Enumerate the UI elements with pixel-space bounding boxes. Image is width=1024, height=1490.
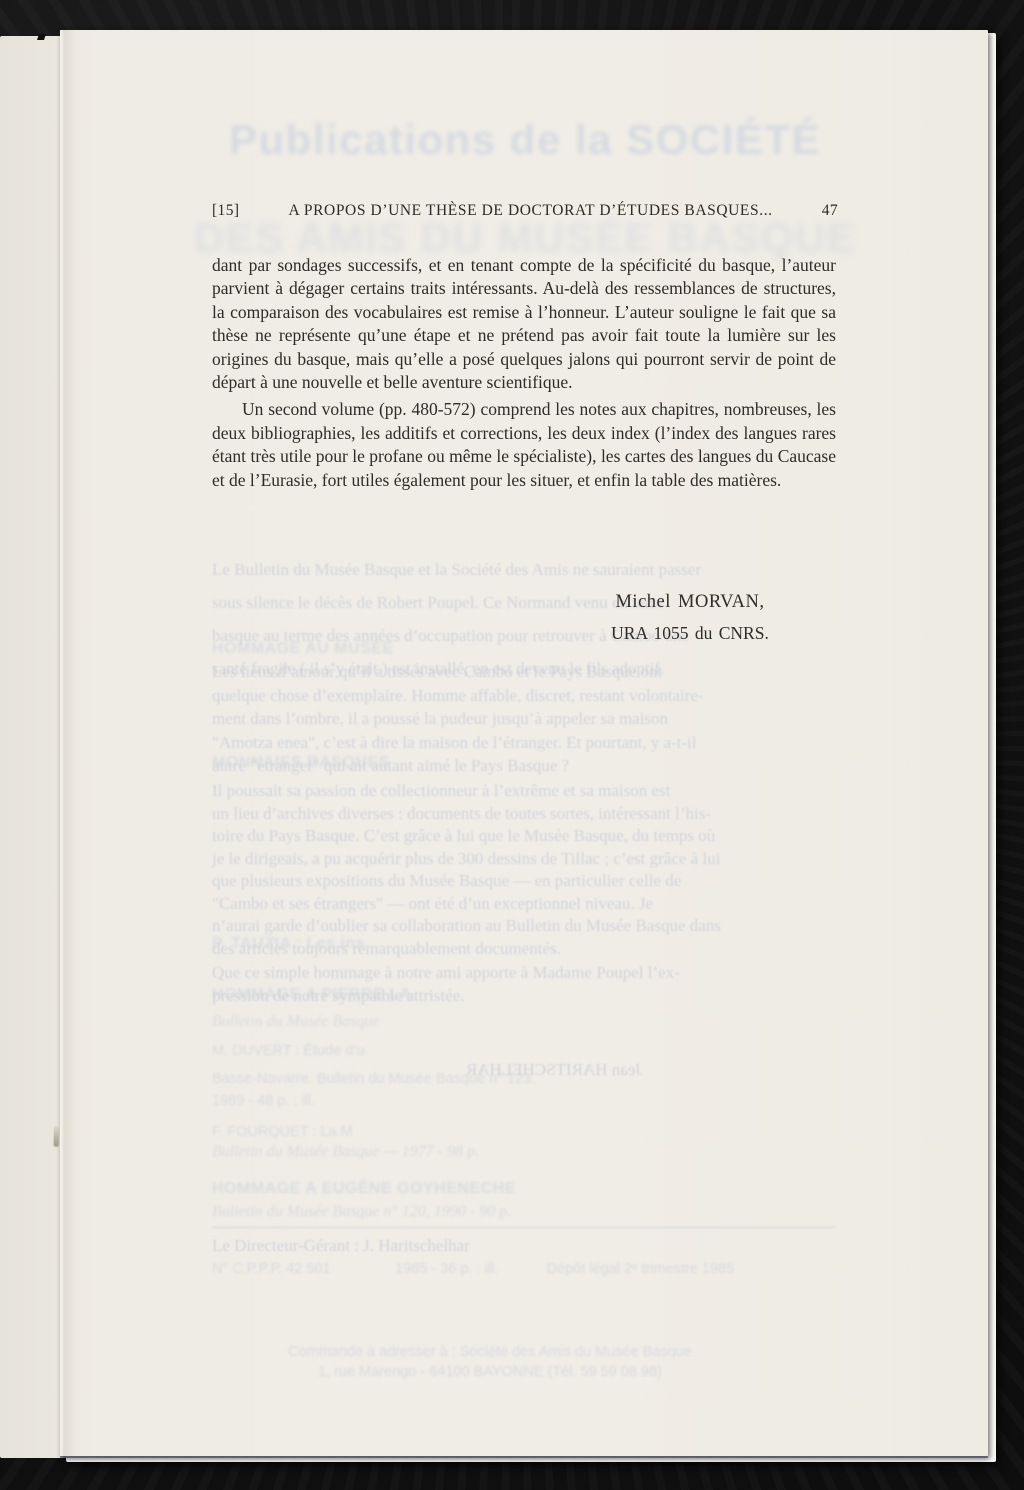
author-signature: Michel MORVAN, URA 1055 du CNRS. [490, 592, 890, 644]
ghost-text-block: Jean HARITSCHELHAR [212, 1058, 642, 1082]
ghost-text-line: Bulletin du Musée Basque [212, 1012, 632, 1032]
ghost-text-block: 1989 - 48 p. : ill. [212, 1092, 772, 1111]
ghost-text-block: HOMMAGE A PIERRE LA [212, 986, 712, 1004]
ghost-text-line: Jean HARITSCHELHAR [212, 1058, 642, 1082]
ghost-text-line: 1989 - 48 p. : ill. [212, 1092, 772, 1111]
ghost-text-line: Commande à adresser à : Société des Amis… [150, 1342, 830, 1362]
ghost-text-block: MONNAIES BASQUES [212, 754, 632, 772]
ghost-text-line: autre "étranger" qui ait autant aimé le … [212, 754, 836, 778]
article-bracket-number: [15] [212, 202, 239, 220]
ghost-text-block: Bulletin du Musée Basque [212, 1012, 632, 1032]
ghost-text-line: Basse-Navarre. Bulletin du Musée Basque … [212, 1070, 772, 1089]
ghost-text-line: Le Directeur-Gérant : J. Haritschelhar [212, 1234, 836, 1258]
ghost-showthrough-layer: Publications de la SOCIÉTÉDES AMIS DU MU… [60, 30, 988, 1456]
ghost-text-block: Le Directeur-Gérant : J. Haritschelhar [212, 1234, 836, 1258]
ghost-text-line: un lieu d’archives diverses : documents … [212, 803, 836, 826]
ghost-text-line: MONNAIES BASQUES [212, 754, 632, 772]
ghost-text-line: Que ce simple hommage à notre ami apport… [212, 961, 836, 984]
paragraph: Un second volume (pp. 480-572) comprend … [212, 398, 836, 492]
ghost-text-block: Les liens d’amour qu’il a tissés avec Ca… [212, 660, 836, 778]
ghost-text-line: Il poussait sa passion de collectionneur… [212, 780, 836, 803]
ghost-text-line: n’aurai garde d’oublier sa collaboration… [212, 915, 836, 938]
page-number: 47 [822, 202, 838, 220]
ghost-text-line: Le Bulletin du Musée Basque et la Sociét… [212, 553, 836, 586]
ghost-text-line: "Amotza enea", c’est à dire la maison de… [212, 731, 836, 755]
ghost-text-line: santé fragile ( il s’y était ) est insta… [212, 652, 836, 685]
ghost-text-line: Bulletin du Musée Basque — 1977 - 98 p. [212, 1142, 772, 1162]
ghost-text-block: Que ce simple hommage à notre ami apport… [212, 961, 836, 1007]
ghost-text-block: Il poussait sa passion de collectionneur… [212, 780, 836, 960]
ghost-text-line: P. TAUZIA : Les ins [212, 935, 672, 953]
ghost-text-line: ment dans l’ombre, il a poussé la pudeur… [212, 707, 836, 731]
ghost-text-line: "Cambo et ses étrangers" — ont été d’un … [212, 893, 836, 916]
paragraph: dant par sondages successifs, et en tena… [212, 254, 836, 394]
ghost-text-line: HOMMAGE A EUGÈNE GOYHENECHE [212, 1180, 772, 1198]
scan-background: Publications de la SOCIÉTÉDES AMIS DU MU… [0, 0, 1024, 1490]
book-page: Publications de la SOCIÉTÉDES AMIS DU MU… [60, 30, 988, 1456]
running-head-title: A PROPOS D’UNE THÈSE DE DOCTORAT D’ÉTUDE… [239, 202, 821, 220]
ghost-text-block: Commande à adresser à : Société des Amis… [150, 1342, 830, 1382]
ghost-text-line: Bulletin du Musée Basque n° 120, 1990 - … [212, 1202, 836, 1222]
ghost-text-line: des articles toujours remarquablement do… [212, 938, 836, 961]
ghost-text-line: HOMMAGE A PIERRE LA [212, 986, 712, 1004]
ghost-text-line: F. FOURQUET : La M [212, 1123, 772, 1142]
binding-staple [54, 1126, 60, 1146]
ghost-text-line: M. DUVERT : Étude d’u [212, 1042, 772, 1061]
ghost-text-line: que plusieurs expositions du Musée Basqu… [212, 870, 836, 893]
ghost-text-block: Basse-Navarre. Bulletin du Musée Basque … [212, 1070, 772, 1089]
ghost-text-line: Les liens d’amour qu’il a tissés avec Ca… [212, 660, 836, 684]
running-head: [15] A PROPOS D’UNE THÈSE DE DOCTORAT D’… [212, 202, 838, 220]
ghost-text-line: je le dirigeais, a pu acquérir plus de 3… [212, 848, 836, 871]
ghost-text-block: N° C.P.P.P. 42 501 1985 - 36 p. : ill. D… [212, 1260, 836, 1279]
ghost-text-block: P. TAUZIA : Les ins [212, 935, 672, 953]
ghost-text-line: pression de notre sympathie attristée. [212, 984, 836, 1007]
ghost-text-line: Publications de la SOCIÉTÉ [190, 116, 860, 164]
ghost-text-block: Bulletin du Musée Basque n° 120, 1990 - … [212, 1202, 836, 1228]
ghost-text-block: HOMMAGE A EUGÈNE GOYHENECHE [212, 1180, 772, 1198]
author-affiliation: URA 1055 du CNRS. [490, 623, 890, 644]
ghost-text-line: toire du Pays Basque. C’est grâce à lui … [212, 825, 836, 848]
ghost-text-block: M. DUVERT : Étude d’u [212, 1042, 772, 1061]
ghost-text-line: 1, rue Marengo - 64100 BAYONNE (Tél. 59 … [150, 1362, 830, 1382]
author-name: Michel MORVAN, [490, 592, 890, 613]
body-text: dant par sondages successifs, et en tena… [212, 254, 836, 492]
ghost-text-line: quelque chose d’exemplaire. Homme affabl… [212, 684, 836, 708]
ghost-text-block: F. FOURQUET : La M [212, 1123, 772, 1142]
ghost-text-line: N° C.P.P.P. 42 501 1985 - 36 p. : ill. D… [212, 1260, 836, 1279]
ghost-text-block: Publications de la SOCIÉTÉ [190, 116, 860, 164]
ghost-text-block: Bulletin du Musée Basque — 1977 - 98 p. [212, 1142, 772, 1162]
